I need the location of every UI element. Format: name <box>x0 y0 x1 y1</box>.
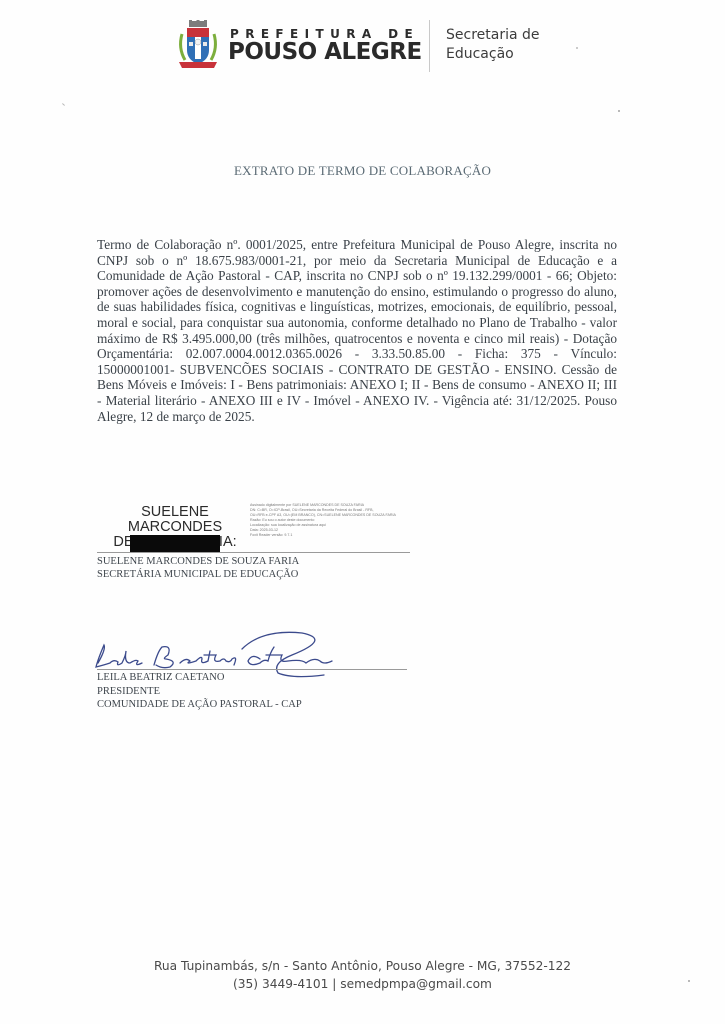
digital-signature-name-line1: SUELENE MARCONDES <box>95 505 255 535</box>
footer-contact: (35) 3449-4101 | semedpmpa@gmail.com <box>0 975 725 993</box>
header-divider <box>429 20 430 72</box>
signatory-2-role: PRESIDENTE <box>97 685 302 699</box>
scan-speck <box>618 110 620 112</box>
brand-pouso-alegre: POUSO ALEGRE <box>228 39 422 65</box>
signatory-2-organization: COMUNIDADE DE AÇÃO PASTORAL - CAP <box>97 698 302 712</box>
educacao-label: Educação <box>446 46 514 62</box>
signatory-2-name: LEILA BEATRIZ CAETANO <box>97 671 302 685</box>
coat-of-arms-icon <box>176 20 220 72</box>
footer: Rua Tupinambás, s/n - Santo Antônio, Pou… <box>0 957 725 993</box>
document-page: PREFEITURA DE POUSO ALEGRE Secretaria de… <box>0 0 725 1024</box>
stamp-line: Foxit Reader versão: 9.7.1 <box>250 533 410 538</box>
redaction-bar <box>130 535 220 553</box>
document-title: EXTRATO DE TERMO DE COLABORAÇÃO <box>0 163 725 179</box>
scan-speck <box>576 47 578 49</box>
signature-line <box>97 552 410 553</box>
signatory-1-name: SUELENE MARCONDES DE SOUZA FARIA <box>97 555 299 568</box>
signature-line <box>97 669 407 670</box>
secretaria-label: Secretaria de <box>446 27 540 43</box>
document-body: Termo de Colaboração nº. 0001/2025, entr… <box>97 237 617 424</box>
scan-speck <box>62 103 65 106</box>
signatory-1-caption: SUELENE MARCONDES DE SOUZA FARIA SECRETÁ… <box>97 555 299 581</box>
letterhead: PREFEITURA DE POUSO ALEGRE Secretaria de… <box>176 18 576 78</box>
scan-speck <box>688 980 690 982</box>
signatory-1-role: SECRETÁRIA MUNICIPAL DE EDUCAÇÃO <box>97 568 299 581</box>
signatory-2-caption: LEILA BEATRIZ CAETANO PRESIDENTE COMUNID… <box>97 671 302 712</box>
digital-signature-stamp: Assinado digitalmente por SUELENE MARCON… <box>250 503 410 538</box>
footer-address: Rua Tupinambás, s/n - Santo Antônio, Pou… <box>0 957 725 975</box>
